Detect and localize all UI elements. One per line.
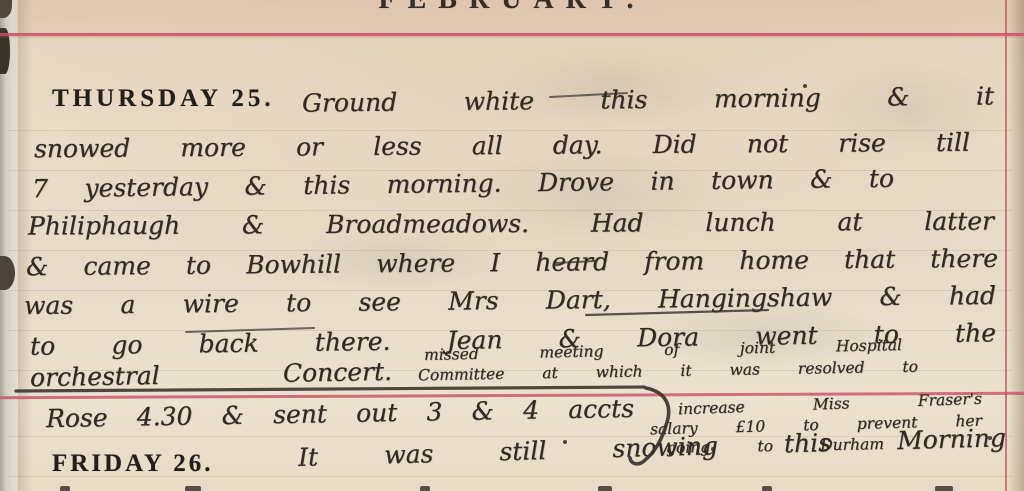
ink-dot xyxy=(711,447,715,451)
red-rule-top xyxy=(0,33,1024,36)
clipped-stroke xyxy=(185,486,201,491)
clipped-stroke xyxy=(60,486,70,491)
clipped-stroke xyxy=(420,486,430,491)
handwriting-line: Philiphaugh & Broadmeadows. Had lunch at… xyxy=(28,206,994,240)
ink-dot xyxy=(563,440,567,444)
page-edge-right xyxy=(1008,0,1024,491)
red-margin-line-vertical xyxy=(1005,0,1007,491)
handwriting-line: snowed more or less all day. Did not ris… xyxy=(34,128,970,164)
handwriting-line: orchestral Concert. xyxy=(30,357,392,392)
ink-dot xyxy=(803,84,807,88)
clipped-stroke xyxy=(762,486,772,491)
handwriting-line: Rose 4.30 & sent out 3 & 4 accts xyxy=(46,394,634,433)
day-label-thursday: THURSDAY 25. xyxy=(52,85,275,113)
day-label-friday: FRIDAY 26. xyxy=(52,450,214,478)
month-header: FEBRUARY. xyxy=(378,0,645,16)
ink-dot xyxy=(988,436,992,440)
clipped-stroke xyxy=(935,486,953,491)
diary-page-scan: FEBRUARY. THURSDAY 25. FRIDAY 26. Ground… xyxy=(0,0,1024,491)
clipped-stroke xyxy=(598,486,612,491)
torn-edge-shadow xyxy=(18,0,32,491)
